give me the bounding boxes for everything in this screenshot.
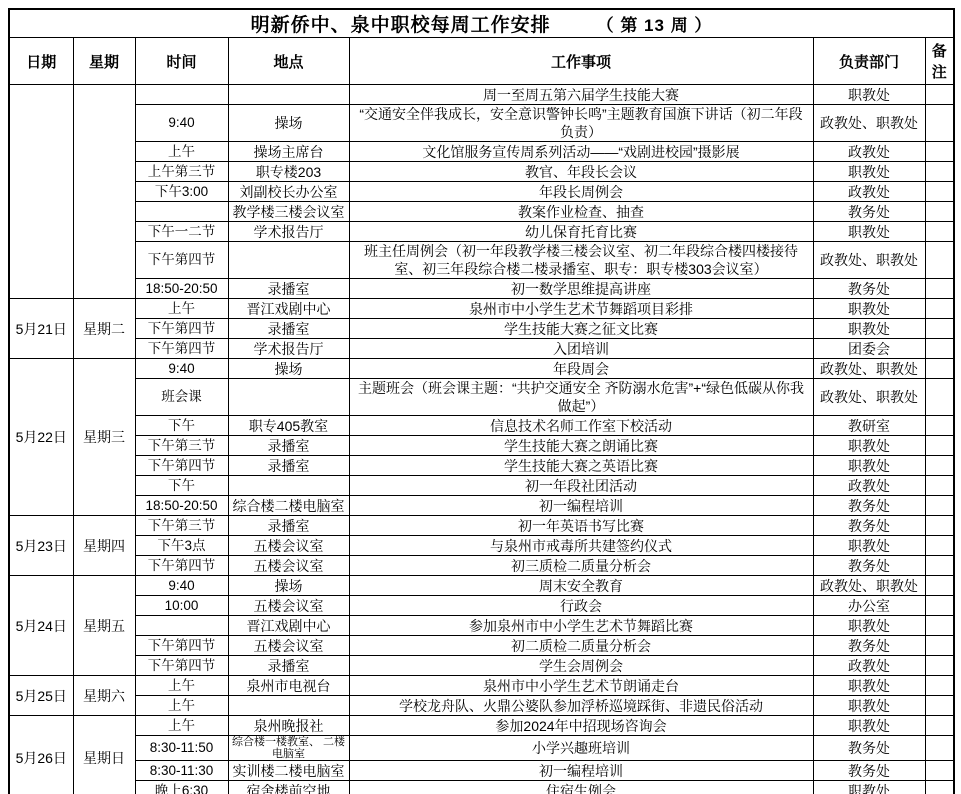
task-cell: 幼儿保育托育比赛 <box>349 222 813 242</box>
task-cell: 初一年段社团活动 <box>349 476 813 496</box>
location-cell: 操场 <box>228 105 349 142</box>
table-row: 上午学校龙舟队、火鼎公婆队参加浮桥巡境踩街、非遗民俗活动职教处 <box>9 696 954 716</box>
note-cell <box>925 416 954 436</box>
note-cell <box>925 761 954 781</box>
task-cell: 泉州市中小学生艺术节舞蹈项目彩排 <box>349 299 813 319</box>
department-cell: 职教处 <box>813 319 925 339</box>
department-cell: 政教处、职教处 <box>813 576 925 596</box>
weekday-cell: 星期日 <box>73 716 135 794</box>
note-cell <box>925 736 954 761</box>
note-cell <box>925 299 954 319</box>
location-cell: 操场 <box>228 359 349 379</box>
note-cell <box>925 781 954 794</box>
department-cell: 职教处 <box>813 85 925 105</box>
location-cell <box>228 242 349 279</box>
location-cell: 录播室 <box>228 436 349 456</box>
title-week-number: （ 第 13 周 ） <box>597 16 713 35</box>
time-cell: 下午3:00 <box>135 182 228 202</box>
table-row: 5月25日星期六上午泉州市电视台泉州市中小学生艺术节朗诵走台职教处 <box>9 676 954 696</box>
document-page: 明新侨中、泉中职校每周工作安排（ 第 13 周 ） 日期 星期 时间 地点 工作… <box>0 0 961 794</box>
task-cell: 与泉州市戒毒所共建签约仪式 <box>349 536 813 556</box>
table-row: 下午第四节学术报告厅入团培训团委会 <box>9 339 954 359</box>
task-cell: 文化馆服务宣传周系列活动——“戏剧进校园”摄影展 <box>349 142 813 162</box>
task-cell: 学生技能大赛之朗诵比赛 <box>349 436 813 456</box>
department-cell: 职教处 <box>813 222 925 242</box>
time-cell <box>135 616 228 636</box>
location-cell: 综合楼一楼教室、 二楼电脑室 <box>228 736 349 761</box>
location-cell <box>228 696 349 716</box>
time-cell: 下午 <box>135 416 228 436</box>
weekday-cell <box>73 85 135 299</box>
department-cell: 教务处 <box>813 736 925 761</box>
department-cell: 职教处 <box>813 616 925 636</box>
table-row: 5月26日星期日上午泉州晚报社参加2024年中招现场咨询会职教处 <box>9 716 954 736</box>
department-cell: 政教处 <box>813 142 925 162</box>
task-cell: 周末安全教育 <box>349 576 813 596</box>
time-cell: 18:50-20:50 <box>135 279 228 299</box>
note-cell <box>925 496 954 516</box>
date-cell <box>9 85 73 299</box>
task-cell: 周一至周五第六届学生技能大赛 <box>349 85 813 105</box>
note-cell <box>925 85 954 105</box>
department-cell: 教务处 <box>813 516 925 536</box>
task-cell: 参加2024年中招现场咨询会 <box>349 716 813 736</box>
note-cell <box>925 696 954 716</box>
note-cell <box>925 339 954 359</box>
department-cell: 政教处 <box>813 656 925 676</box>
title-row: 明新侨中、泉中职校每周工作安排（ 第 13 周 ） <box>9 9 954 38</box>
time-cell: 上午 <box>135 696 228 716</box>
time-cell: 上午 <box>135 716 228 736</box>
table-row: 下午职专405教室信息技术名师工作室下校活动教研室 <box>9 416 954 436</box>
note-cell <box>925 516 954 536</box>
department-cell: 政教处、职教处 <box>813 359 925 379</box>
location-cell: 录播室 <box>228 456 349 476</box>
location-cell: 晋江戏剧中心 <box>228 616 349 636</box>
department-cell: 政教处、职教处 <box>813 379 925 416</box>
time-cell: 9:40 <box>135 105 228 142</box>
date-cell: 5月25日 <box>9 676 73 716</box>
note-cell <box>925 202 954 222</box>
table-row: 下午第三节录播室学生技能大赛之朗诵比赛职教处 <box>9 436 954 456</box>
department-cell: 职教处 <box>813 299 925 319</box>
note-cell <box>925 716 954 736</box>
time-cell: 下午第四节 <box>135 656 228 676</box>
location-cell <box>228 476 349 496</box>
department-cell: 教研室 <box>813 416 925 436</box>
department-cell: 团委会 <box>813 339 925 359</box>
note-cell <box>925 222 954 242</box>
table-row: 18:50-20:50录播室初一数学思维提高讲座教务处 <box>9 279 954 299</box>
department-cell: 职教处 <box>813 436 925 456</box>
note-cell <box>925 636 954 656</box>
department-cell: 教务处 <box>813 761 925 781</box>
task-cell: 年段长周例会 <box>349 182 813 202</box>
task-cell: “交通安全伴我成长，安全意识警钟长鸣”主题教育国旗下讲话（初二年段负责） <box>349 105 813 142</box>
task-cell: 信息技术名师工作室下校活动 <box>349 416 813 436</box>
table-row: 下午第四节录播室学生技能大赛之英语比赛职教处 <box>9 456 954 476</box>
task-cell: 参加泉州市中小学生艺术节舞蹈比赛 <box>349 616 813 636</box>
table-row: 下午第四节录播室学生会周例会政教处 <box>9 656 954 676</box>
table-row: 8:30-11:30实训楼二楼电脑室初一编程培训教务处 <box>9 761 954 781</box>
time-cell: 上午 <box>135 676 228 696</box>
time-cell: 下午第四节 <box>135 636 228 656</box>
location-cell: 五楼会议室 <box>228 556 349 576</box>
task-cell: 学生技能大赛之征文比赛 <box>349 319 813 339</box>
note-cell <box>925 556 954 576</box>
department-cell: 教务处 <box>813 496 925 516</box>
location-cell: 五楼会议室 <box>228 596 349 616</box>
task-cell: 教案作业检查、抽查 <box>349 202 813 222</box>
location-cell: 操场主席台 <box>228 142 349 162</box>
department-cell: 政教处 <box>813 182 925 202</box>
time-cell: 下午3点 <box>135 536 228 556</box>
time-cell: 8:30-11:50 <box>135 736 228 761</box>
note-cell <box>925 576 954 596</box>
time-cell: 下午第四节 <box>135 456 228 476</box>
department-cell: 职教处 <box>813 716 925 736</box>
task-cell: 行政会 <box>349 596 813 616</box>
note-cell <box>925 676 954 696</box>
date-cell: 5月24日 <box>9 576 73 676</box>
time-cell: 下午一二节 <box>135 222 228 242</box>
table-row: 5月23日星期四下午第三节录播室初一年英语书写比赛教务处 <box>9 516 954 536</box>
location-cell: 学术报告厅 <box>228 222 349 242</box>
date-cell: 5月22日 <box>9 359 73 516</box>
date-cell: 5月26日 <box>9 716 73 794</box>
task-cell: 住宿生例会 <box>349 781 813 794</box>
column-header-weekday: 星期 <box>73 38 135 85</box>
location-cell: 宿舍楼前空地 <box>228 781 349 794</box>
table-row: 晋江戏剧中心参加泉州市中小学生艺术节舞蹈比赛职教处 <box>9 616 954 636</box>
location-cell: 录播室 <box>228 279 349 299</box>
table-row: 下午第四节班主任周例会（初一年段教学楼三楼会议室、初二年段综合楼四楼接待室、初三… <box>9 242 954 279</box>
department-cell: 教务处 <box>813 556 925 576</box>
weekday-cell: 星期四 <box>73 516 135 576</box>
location-cell: 泉州晚报社 <box>228 716 349 736</box>
title-main: 明新侨中、泉中职校每周工作安排 <box>251 15 551 36</box>
time-cell: 下午第四节 <box>135 242 228 279</box>
location-cell <box>228 85 349 105</box>
time-cell: 下午第三节 <box>135 436 228 456</box>
note-cell <box>925 476 954 496</box>
time-cell: 9:40 <box>135 576 228 596</box>
location-cell: 泉州市电视台 <box>228 676 349 696</box>
note-cell <box>925 656 954 676</box>
task-cell: 学生技能大赛之英语比赛 <box>349 456 813 476</box>
department-cell: 教务处 <box>813 202 925 222</box>
column-header-location: 地点 <box>228 38 349 85</box>
task-cell: 初一编程培训 <box>349 761 813 781</box>
department-cell: 职教处 <box>813 162 925 182</box>
note-cell <box>925 359 954 379</box>
weekday-cell: 星期六 <box>73 676 135 716</box>
time-cell: 上午 <box>135 299 228 319</box>
table-row: 晚上6:30宿舍楼前空地住宿生例会职教处 <box>9 781 954 794</box>
location-cell: 五楼会议室 <box>228 536 349 556</box>
location-cell: 实训楼二楼电脑室 <box>228 761 349 781</box>
time-cell: 上午 <box>135 142 228 162</box>
department-cell: 职教处 <box>813 456 925 476</box>
table-row: 班会课主题班会（班会课主题：“共护交通安全 齐防溺水危害”+“绿色低碳从你我做起… <box>9 379 954 416</box>
note-cell <box>925 616 954 636</box>
note-cell <box>925 105 954 142</box>
time-cell <box>135 85 228 105</box>
location-cell: 录播室 <box>228 319 349 339</box>
time-cell: 下午第四节 <box>135 319 228 339</box>
task-cell: 初一年英语书写比赛 <box>349 516 813 536</box>
task-cell: 学校龙舟队、火鼎公婆队参加浮桥巡境踩街、非遗民俗活动 <box>349 696 813 716</box>
weekly-schedule-table: 明新侨中、泉中职校每周工作安排（ 第 13 周 ） 日期 星期 时间 地点 工作… <box>8 8 955 794</box>
time-cell: 上午第三节 <box>135 162 228 182</box>
weekday-cell: 星期五 <box>73 576 135 676</box>
time-cell: 18:50-20:50 <box>135 496 228 516</box>
column-header-time: 时间 <box>135 38 228 85</box>
table-row: 下午初一年段社团活动政教处 <box>9 476 954 496</box>
department-cell: 教务处 <box>813 279 925 299</box>
time-cell: 下午第三节 <box>135 516 228 536</box>
task-cell: 学生会周例会 <box>349 656 813 676</box>
column-header-department: 负责部门 <box>813 38 925 85</box>
task-cell: 初二质检二质量分析会 <box>349 636 813 656</box>
table-row: 下午3:00刘副校长办公室年段长周例会政教处 <box>9 182 954 202</box>
time-cell: 下午 <box>135 476 228 496</box>
note-cell <box>925 319 954 339</box>
location-cell: 五楼会议室 <box>228 636 349 656</box>
location-cell: 学术报告厅 <box>228 339 349 359</box>
department-cell: 职教处 <box>813 781 925 794</box>
task-cell: 初三质检二质量分析会 <box>349 556 813 576</box>
location-cell: 录播室 <box>228 516 349 536</box>
department-cell: 职教处 <box>813 696 925 716</box>
table-row: 5月22日星期三9:40操场年段周会政教处、职教处 <box>9 359 954 379</box>
note-cell <box>925 596 954 616</box>
table-row: 10:00五楼会议室行政会办公室 <box>9 596 954 616</box>
table-row: 上午操场主席台文化馆服务宣传周系列活动——“戏剧进校园”摄影展政教处 <box>9 142 954 162</box>
location-cell: 综合楼二楼电脑室 <box>228 496 349 516</box>
task-cell: 初一数学思维提高讲座 <box>349 279 813 299</box>
table-row: 教学楼三楼会议室教案作业检查、抽查教务处 <box>9 202 954 222</box>
table-row: 下午一二节学术报告厅幼儿保育托育比赛职教处 <box>9 222 954 242</box>
column-header-note: 备注 <box>925 38 954 85</box>
note-cell <box>925 162 954 182</box>
table-row: 5月24日星期五9:40操场周末安全教育政教处、职教处 <box>9 576 954 596</box>
time-cell: 9:40 <box>135 359 228 379</box>
table-row: 周一至周五第六届学生技能大赛职教处 <box>9 85 954 105</box>
note-cell <box>925 279 954 299</box>
task-cell: 教官、年段长会议 <box>349 162 813 182</box>
department-cell: 政教处 <box>813 476 925 496</box>
table-row: 8:30-11:50综合楼一楼教室、 二楼电脑室小学兴趣班培训教务处 <box>9 736 954 761</box>
location-cell: 教学楼三楼会议室 <box>228 202 349 222</box>
task-cell: 泉州市中小学生艺术节朗诵走台 <box>349 676 813 696</box>
department-cell: 政教处、职教处 <box>813 105 925 142</box>
location-cell: 操场 <box>228 576 349 596</box>
task-cell: 小学兴趣班培训 <box>349 736 813 761</box>
weekday-cell: 星期二 <box>73 299 135 359</box>
note-cell <box>925 142 954 162</box>
table-row: 下午第四节录播室学生技能大赛之征文比赛职教处 <box>9 319 954 339</box>
date-cell: 5月21日 <box>9 299 73 359</box>
task-cell: 年段周会 <box>349 359 813 379</box>
note-cell <box>925 456 954 476</box>
time-cell: 8:30-11:30 <box>135 761 228 781</box>
table-row: 18:50-20:50综合楼二楼电脑室初一编程培训教务处 <box>9 496 954 516</box>
task-cell: 班主任周例会（初一年段教学楼三楼会议室、初二年段综合楼四楼接待室、初三年段综合楼… <box>349 242 813 279</box>
task-cell: 入团培训 <box>349 339 813 359</box>
table-row: 下午第四节五楼会议室初二质检二质量分析会教务处 <box>9 636 954 656</box>
note-cell <box>925 182 954 202</box>
time-cell: 晚上6:30 <box>135 781 228 794</box>
location-cell: 职专楼203 <box>228 162 349 182</box>
time-cell: 下午第四节 <box>135 339 228 359</box>
date-cell: 5月23日 <box>9 516 73 576</box>
task-cell: 初一编程培训 <box>349 496 813 516</box>
location-cell: 晋江戏剧中心 <box>228 299 349 319</box>
column-header-task: 工作事项 <box>349 38 813 85</box>
note-cell <box>925 379 954 416</box>
task-cell: 主题班会（班会课主题：“共护交通安全 齐防溺水危害”+“绿色低碳从你我做起”） <box>349 379 813 416</box>
header-row: 日期 星期 时间 地点 工作事项 负责部门 备注 <box>9 38 954 85</box>
table-row: 5月21日星期二上午晋江戏剧中心泉州市中小学生艺术节舞蹈项目彩排职教处 <box>9 299 954 319</box>
table-row: 9:40操场“交通安全伴我成长，安全意识警钟长鸣”主题教育国旗下讲话（初二年段负… <box>9 105 954 142</box>
schedule-body: 周一至周五第六届学生技能大赛职教处9:40操场“交通安全伴我成长，安全意识警钟长… <box>9 85 954 794</box>
location-cell: 录播室 <box>228 656 349 676</box>
note-cell <box>925 536 954 556</box>
time-cell: 10:00 <box>135 596 228 616</box>
department-cell: 办公室 <box>813 596 925 616</box>
time-cell: 班会课 <box>135 379 228 416</box>
department-cell: 教务处 <box>813 636 925 656</box>
department-cell: 职教处 <box>813 676 925 696</box>
table-row: 下午3点五楼会议室与泉州市戒毒所共建签约仪式职教处 <box>9 536 954 556</box>
time-cell <box>135 202 228 222</box>
department-cell: 政教处、职教处 <box>813 242 925 279</box>
table-row: 下午第四节五楼会议室初三质检二质量分析会教务处 <box>9 556 954 576</box>
department-cell: 职教处 <box>813 536 925 556</box>
note-cell <box>925 242 954 279</box>
note-cell <box>925 436 954 456</box>
table-row: 上午第三节职专楼203教官、年段长会议职教处 <box>9 162 954 182</box>
column-header-date: 日期 <box>9 38 73 85</box>
page-title: 明新侨中、泉中职校每周工作安排（ 第 13 周 ） <box>9 9 954 38</box>
location-cell: 刘副校长办公室 <box>228 182 349 202</box>
time-cell: 下午第四节 <box>135 556 228 576</box>
location-cell: 职专405教室 <box>228 416 349 436</box>
weekday-cell: 星期三 <box>73 359 135 516</box>
location-cell <box>228 379 349 416</box>
